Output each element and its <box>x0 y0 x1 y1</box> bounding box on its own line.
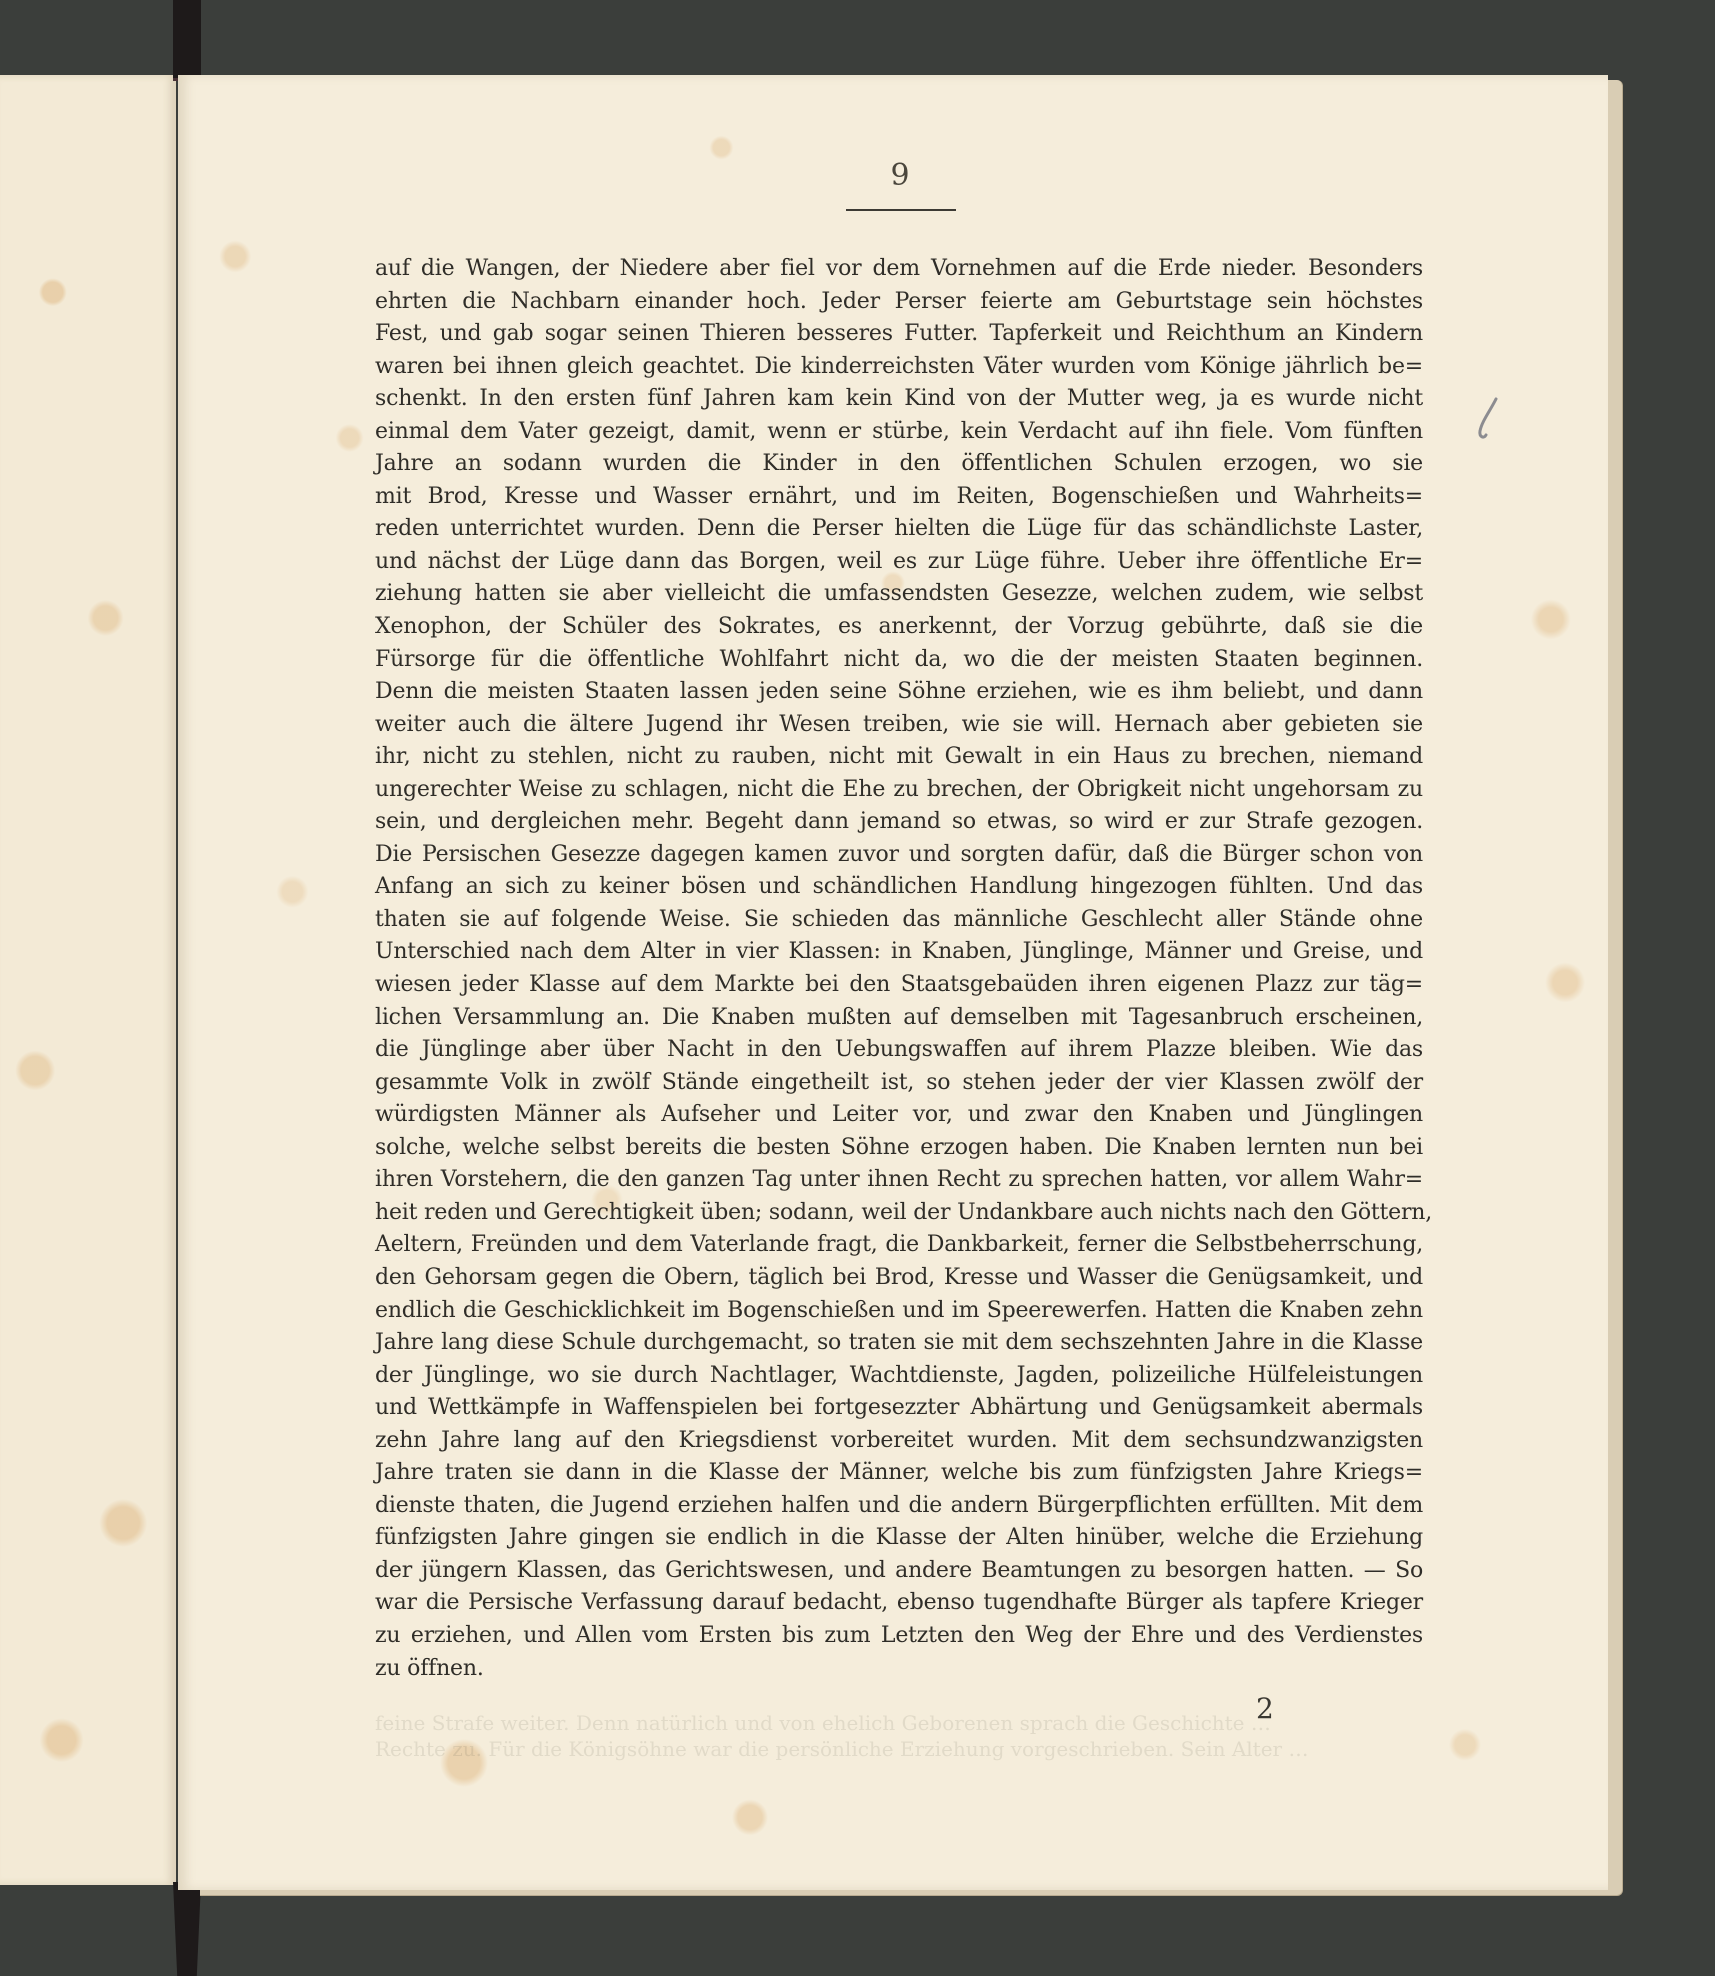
text-line: Aeltern, Freünden und dem Vaterlande fra… <box>375 1229 1423 1262</box>
show-through-text: feine Strafe weiter. Denn natürlich und … <box>375 1710 1435 1762</box>
text-line: solche, welche selbst bereits die besten… <box>375 1132 1423 1165</box>
text-line: gesammte Volk in zwölf Stände eingetheil… <box>375 1067 1423 1100</box>
text-line: mit Brod, Kresse und Wasser ernährt, und… <box>375 481 1423 514</box>
text-line: zu erziehen, und Allen vom Ersten bis zu… <box>375 1620 1423 1653</box>
text-line: fünfzigsten Jahre gingen sie endlich in … <box>375 1522 1423 1555</box>
text-line: Jahre traten sie dann in die Klasse der … <box>375 1457 1423 1490</box>
text-line: heit reden und Gerechtigkeit üben; sodan… <box>375 1197 1423 1230</box>
text-line: war die Persische Verfassung darauf beda… <box>375 1587 1423 1620</box>
text-line: Jahre lang diese Schule durchgemacht, so… <box>375 1327 1423 1360</box>
header-rule <box>846 209 956 211</box>
text-line: ihr, nicht zu stehlen, nicht zu rauben, … <box>375 741 1423 774</box>
text-line: Jahre an sodann wurden die Kinder in den… <box>375 448 1423 481</box>
text-line: dienste thaten, die Jugend erziehen half… <box>375 1490 1423 1523</box>
text-line: lichen Versammlung an. Die Knaben mußten… <box>375 1002 1423 1035</box>
pencil-annotation-icon <box>1474 395 1504 445</box>
text-line: die Jünglinge aber über Nacht in den Ueb… <box>375 1034 1423 1067</box>
book-spine-top <box>173 0 201 81</box>
signature-mark: 2 <box>1256 1692 1274 1725</box>
text-line: und Wettkämpfe in Waffenspielen bei fort… <box>375 1392 1423 1425</box>
text-line: reden unterrichtet wurden. Denn die Pers… <box>375 513 1423 546</box>
text-line: ehrten die Nachbarn einander hoch. Jeder… <box>375 286 1423 319</box>
text-line: Die Persischen Gesezze dagegen kamen zuv… <box>375 839 1423 872</box>
text-line: Denn die meisten Staaten lassen jeden se… <box>375 676 1423 709</box>
text-line: waren bei ihnen gleich geachtet. Die kin… <box>375 351 1423 384</box>
text-line: der jüngern Klassen, das Gerichtswesen, … <box>375 1555 1423 1588</box>
text-line: Xenophon, der Schüler des Sokrates, es a… <box>375 611 1423 644</box>
text-line: Anfang an sich zu keiner bösen und schän… <box>375 871 1423 904</box>
text-line: Fürsorge für die öffentliche Wohlfahrt n… <box>375 644 1423 677</box>
show-through-line: feine Strafe weiter. Denn natürlich und … <box>375 1710 1435 1736</box>
text-line: und nächst der Lüge dann das Borgen, wei… <box>375 546 1423 579</box>
show-through-line: Rechte zu. Für die Königsöhne war die pe… <box>375 1736 1435 1762</box>
left-page-blank <box>0 75 176 1885</box>
text-line: sein, und dergleichen mehr. Begeht dann … <box>375 806 1423 839</box>
page-number: 9 <box>885 158 915 193</box>
text-line: zehn Jahre lang auf den Kriegsdienst vor… <box>375 1425 1423 1458</box>
body-text: auf die Wangen, der Niedere aber fiel vo… <box>375 253 1423 1685</box>
text-line: zu öffnen. <box>375 1653 1423 1686</box>
text-line: würdigsten Männer als Aufseher und Leite… <box>375 1099 1423 1132</box>
text-line: thaten sie auf folgende Weise. Sie schie… <box>375 904 1423 937</box>
text-line: ungerechter Weise zu schlagen, nicht die… <box>375 774 1423 807</box>
text-line: Unterschied nach dem Alter in vier Klass… <box>375 936 1423 969</box>
text-line: der Jünglinge, wo sie durch Nachtlager, … <box>375 1360 1423 1393</box>
text-line: auf die Wangen, der Niedere aber fiel vo… <box>375 253 1423 286</box>
book-spine-bottom <box>173 1882 201 1976</box>
text-line: den Gehorsam gegen die Obern, täglich be… <box>375 1262 1423 1295</box>
text-line: schenkt. In den ersten fünf Jahren kam k… <box>375 383 1423 416</box>
text-line: endlich die Geschicklichkeit im Bogensch… <box>375 1295 1423 1328</box>
text-line: ihren Vorstehern, die den ganzen Tag unt… <box>375 1164 1423 1197</box>
text-line: wiesen jeder Klasse auf dem Markte bei d… <box>375 969 1423 1002</box>
text-line: weiter auch die ältere Jugend ihr Wesen … <box>375 709 1423 742</box>
text-line: ziehung hatten sie aber vielleicht die u… <box>375 578 1423 611</box>
text-line: Fest, und gab sogar seinen Thieren besse… <box>375 318 1423 351</box>
text-line: einmal dem Vater gezeigt, damit, wenn er… <box>375 416 1423 449</box>
